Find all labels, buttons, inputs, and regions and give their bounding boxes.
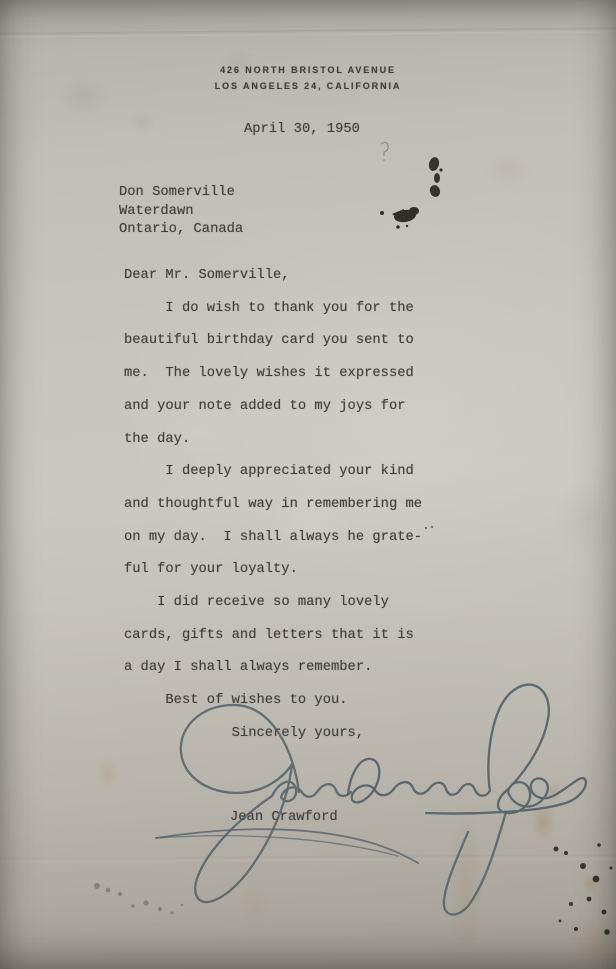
recipient-address: Don Somerville Waterdawn Ontario, Canada — [119, 184, 243, 240]
typed-signature-name: Jean Crawford — [230, 809, 338, 827]
date-line: April 30, 1950 — [244, 121, 360, 139]
letterhead: 426 NORTH BRISTOL AVENUE LOS ANGELES 24,… — [0, 63, 616, 94]
ink-blot-upper — [427, 156, 442, 198]
letter-body: Dear Mr. Somerville, I do wish to thank … — [124, 260, 422, 751]
letterhead-address-line-1: 426 NORTH BRISTOL AVENUE — [0, 63, 616, 79]
smudge-cluster-bottom-left — [94, 883, 183, 915]
fold-crease-top — [0, 27, 616, 37]
speck-cluster-bottom-right — [554, 843, 613, 935]
fold-crease-bottom — [0, 854, 616, 862]
letter-page: 426 NORTH BRISTOL AVENUE LOS ANGELES 24,… — [0, 0, 616, 969]
type-smudge — [425, 526, 433, 529]
pencil-mark — [381, 142, 388, 161]
ink-blot-recipient — [380, 207, 419, 229]
letterhead-address-line-2: LOS ANGELES 24, CALIFORNIA — [0, 79, 616, 95]
